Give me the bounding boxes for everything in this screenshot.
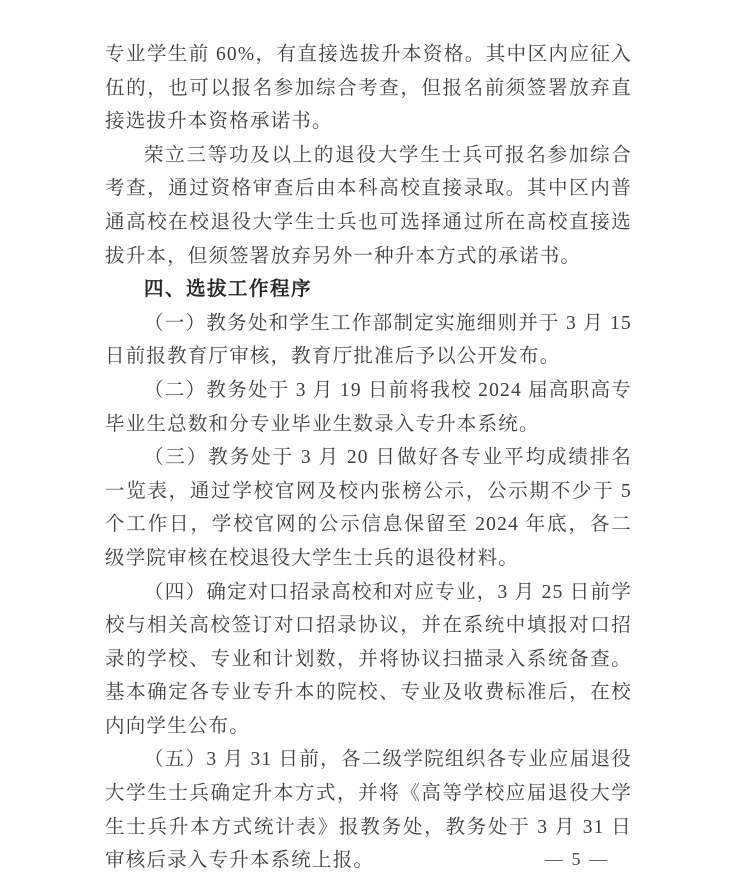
document-body: 专业学生前 60%，有直接选拔升本资格。其中区内应征入伍的，也可以报名参加综合考… [105,38,632,878]
paragraph-item-1: （一）教务处和学生工作部制定实施细则并于 3 月 15 日前报教育厅审核，教育厅… [105,307,632,374]
paragraph-item-3: （三）教务处于 3 月 20 日做好各专业平均成绩排名一览表，通过学校官网及校内… [105,441,632,575]
paragraph-item-2: （二）教务处于 3 月 19 日前将我校 2024 届高职高专毕业生总数和分专业… [105,374,632,441]
page-number: — 5 — [545,848,609,870]
paragraph-item-4: （四）确定对口招录高校和对应专业，3 月 25 日前学校与相关高校签订对口招录协… [105,576,632,744]
paragraph-continuation: 专业学生前 60%，有直接选拔升本资格。其中区内应征入伍的，也可以报名参加综合考… [105,38,632,139]
document-page: 专业学生前 60%，有直接选拔升本资格。其中区内应征入伍的，也可以报名参加综合考… [0,0,737,896]
paragraph: 荣立三等功及以上的退役大学生士兵可报名参加综合考查，通过资格审查后由本科高校直接… [105,139,632,273]
section-heading: 四、选拔工作程序 [105,273,632,307]
